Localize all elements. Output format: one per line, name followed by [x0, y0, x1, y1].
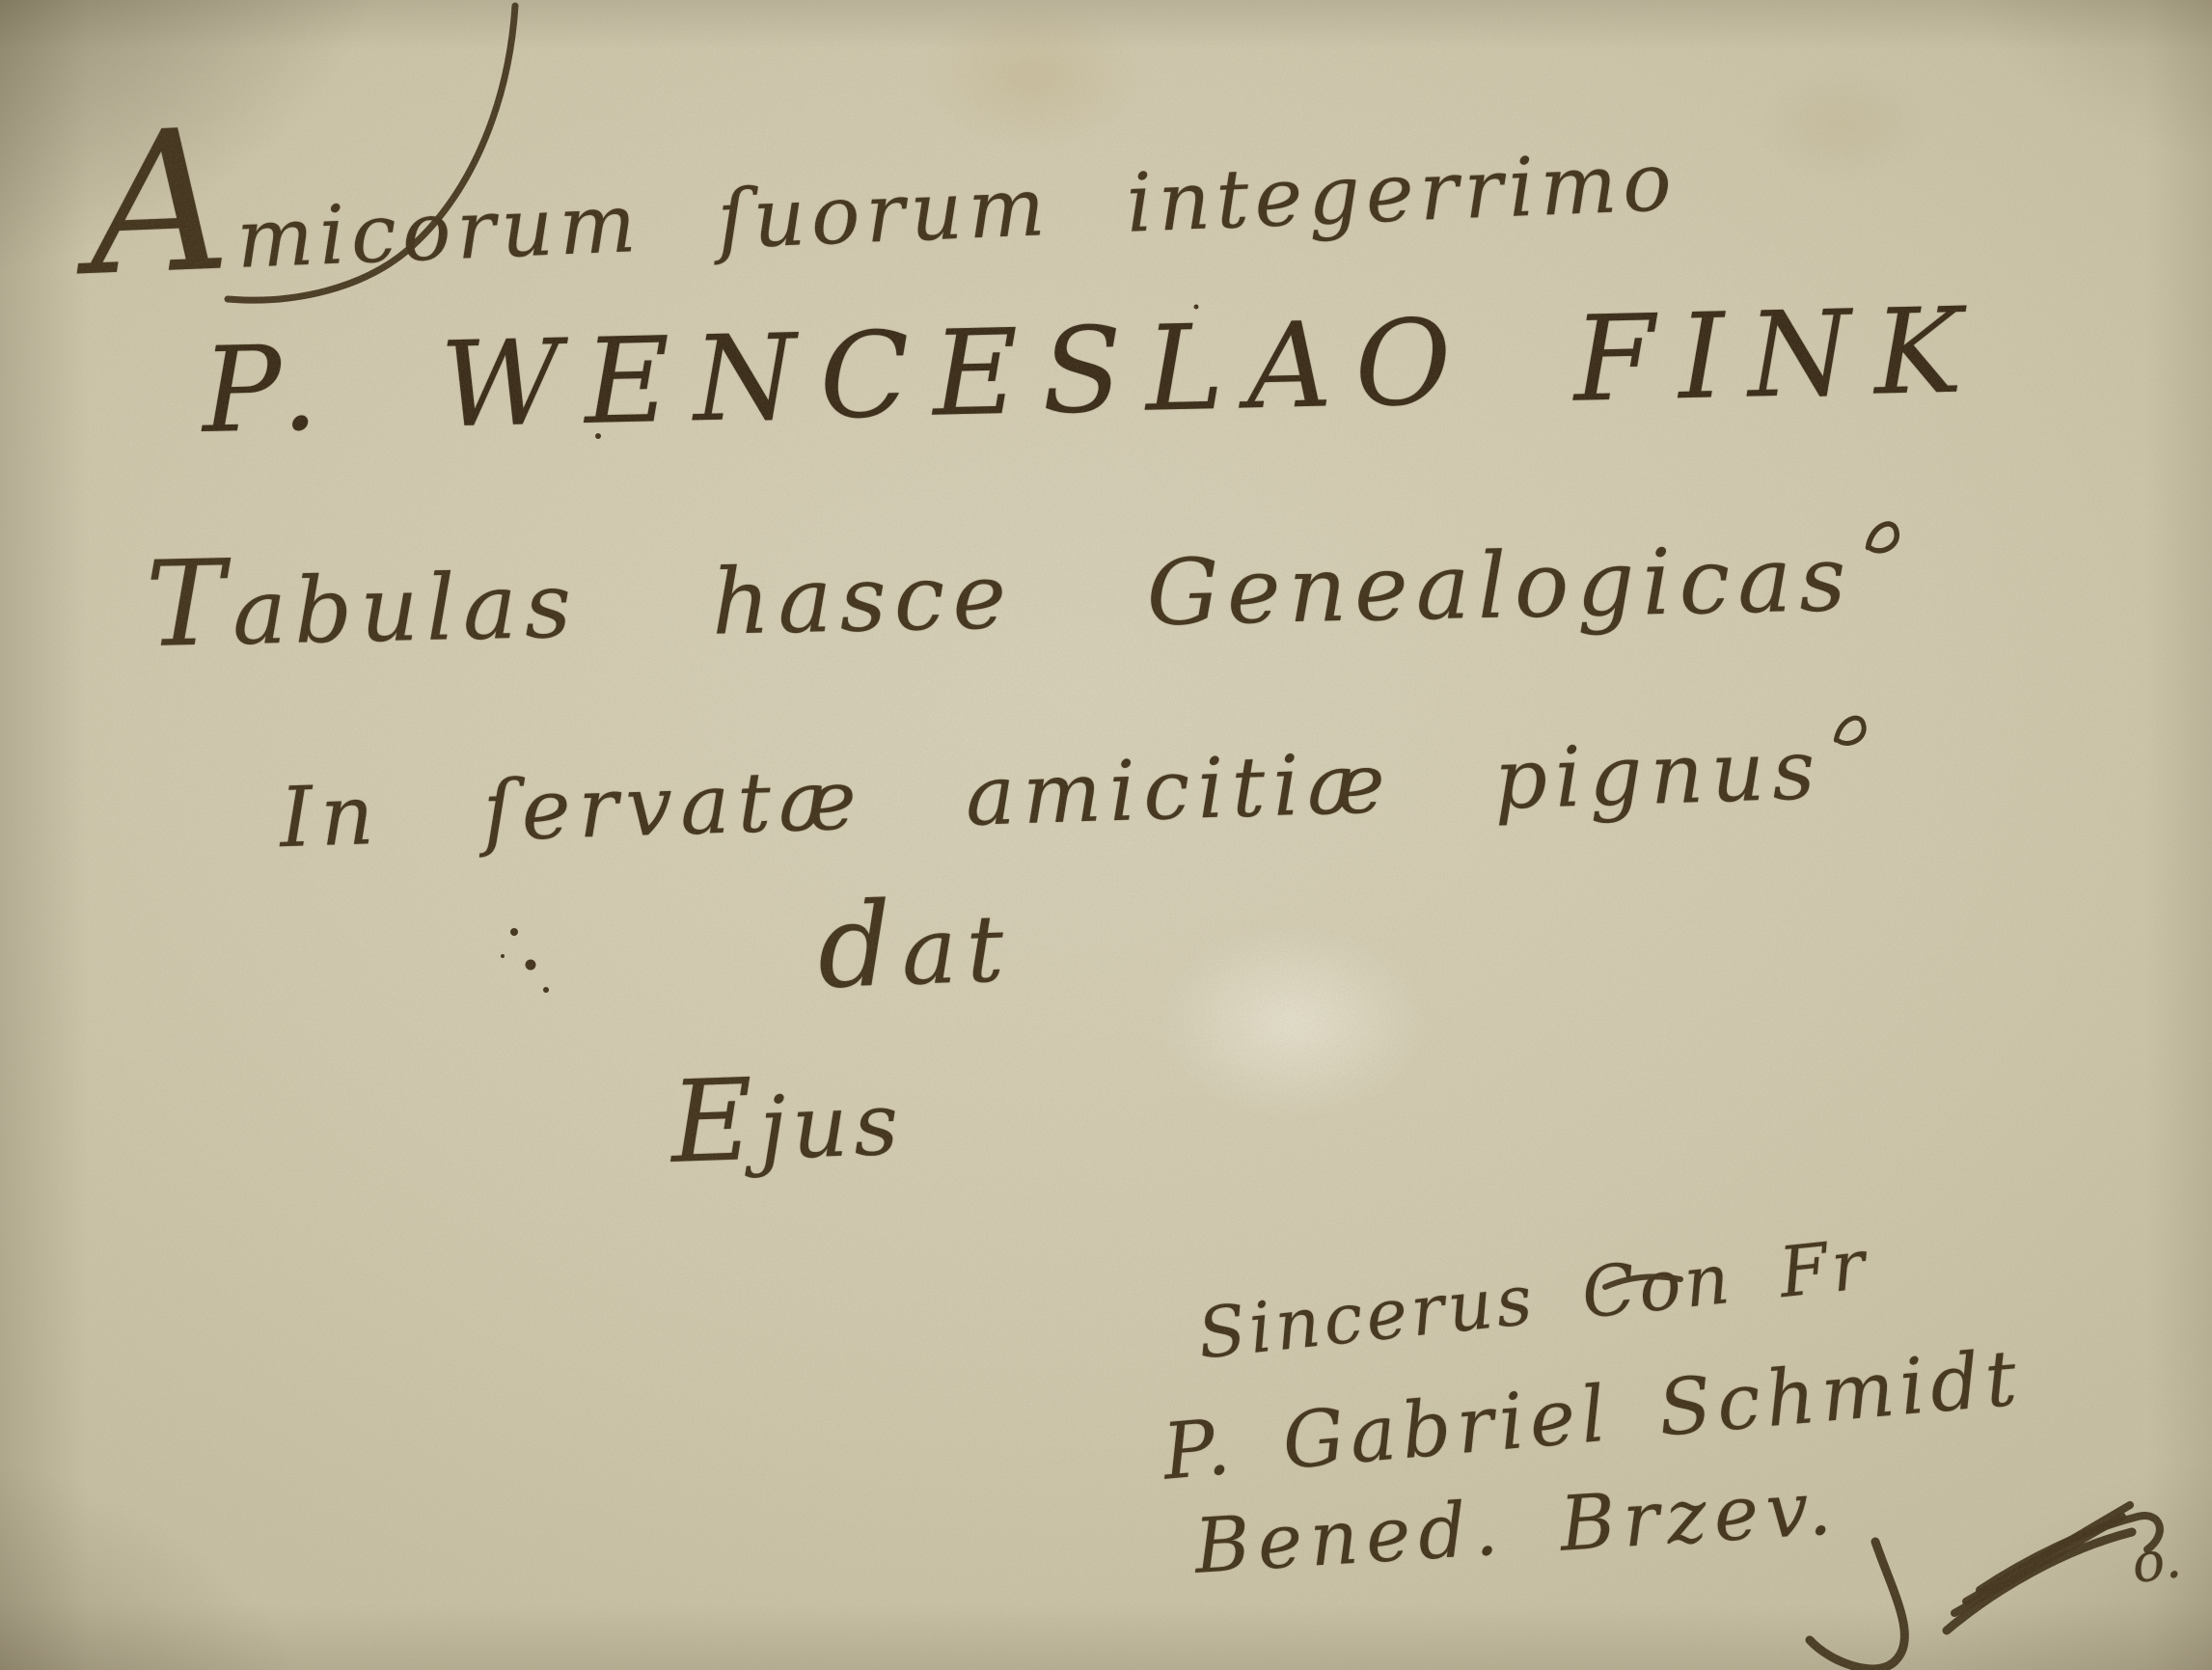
dedication-line-dat: dat [816, 898, 1015, 1007]
abbreviation-flourish-icon [1830, 702, 1869, 752]
dedication-line-pignus: In ſervatæ amicitiæ pignus [278, 702, 1871, 864]
dedication-line-amicorum: Amicorum ſuorum integerrimo [89, 137, 1679, 289]
paper-stain [1756, 68, 1929, 183]
brzev-descender-flourish [1810, 1542, 1904, 1669]
dedication-line-tabulas-text: Tabulas hasce Genealogicas [145, 527, 1854, 668]
paper-light-patch [1158, 926, 1428, 1119]
dedication-line-tabulas: Tabulas hasce Genealogicas [145, 508, 1902, 665]
paraph-stroke [1966, 1505, 2130, 1602]
dedication-line-recipient-name: P. WENCESLAO FINK [201, 286, 1986, 455]
abbreviation-flourish-icon [1862, 508, 1901, 560]
paraph-stroke [1947, 1532, 2132, 1630]
signature-paraph-text: o. [2128, 1529, 2185, 1595]
dedication-line-ejus: Ejus [669, 1077, 906, 1180]
dedication-line-pignus-text: In ſervatæ amicitiæ pignus [279, 722, 1824, 866]
paraph-stroke [1954, 1517, 2122, 1613]
paper-stain [921, 5, 1143, 150]
signature-line-closing: Sincerus Con Fr [1194, 1226, 1872, 1373]
manuscript-page: Amicorum ſuorum integerrimo P. WENCESLAO… [0, 0, 2212, 1670]
paraph-flourish [1947, 1505, 2160, 1630]
